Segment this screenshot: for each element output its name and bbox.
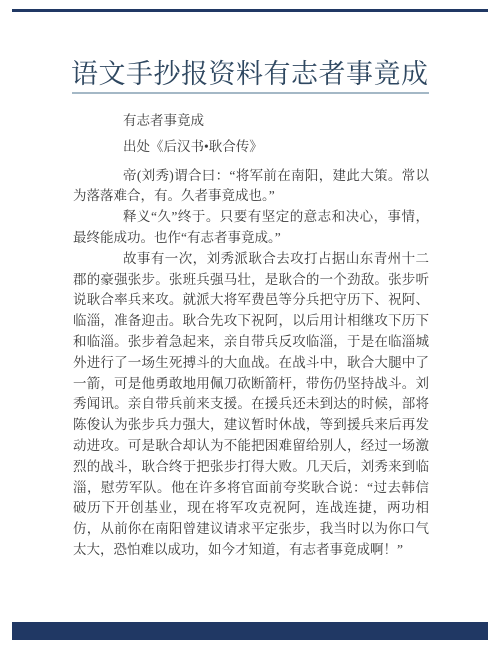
article-heading: 有志者事竟成 xyxy=(73,111,429,132)
document-page: 语文手抄报资料有志者事竟成 有志者事竟成 出处《后汉书•耿合传》 帝(刘秀)谓合… xyxy=(0,0,500,647)
paragraph-quote: 帝(刘秀)谓合曰：“将军前在南阳，建此大策。常以为落落难合，有。久者事竟成也。” xyxy=(73,166,429,208)
article-source-line: 出处《后汉书•耿合传》 xyxy=(73,137,429,158)
paragraph-definition: 释义“久”终于。只要有坚定的意志和决心，事情，最终能成功。也作“有志者事竟成。” xyxy=(73,207,429,249)
bottom-accent-bar xyxy=(12,622,488,640)
title-divider xyxy=(72,92,429,94)
top-accent-line xyxy=(12,9,488,12)
article-body: 有志者事竟成 出处《后汉书•耿合传》 帝(刘秀)谓合曰：“将军前在南阳，建此大策… xyxy=(73,111,429,561)
paragraph-story: 故事有一次，刘秀派耿合去攻打占据山东青州十二郡的豪强张步。张班兵强马壮，是耿合的… xyxy=(73,249,429,561)
page-title: 语文手抄报资料有志者事竟成 xyxy=(71,52,471,91)
